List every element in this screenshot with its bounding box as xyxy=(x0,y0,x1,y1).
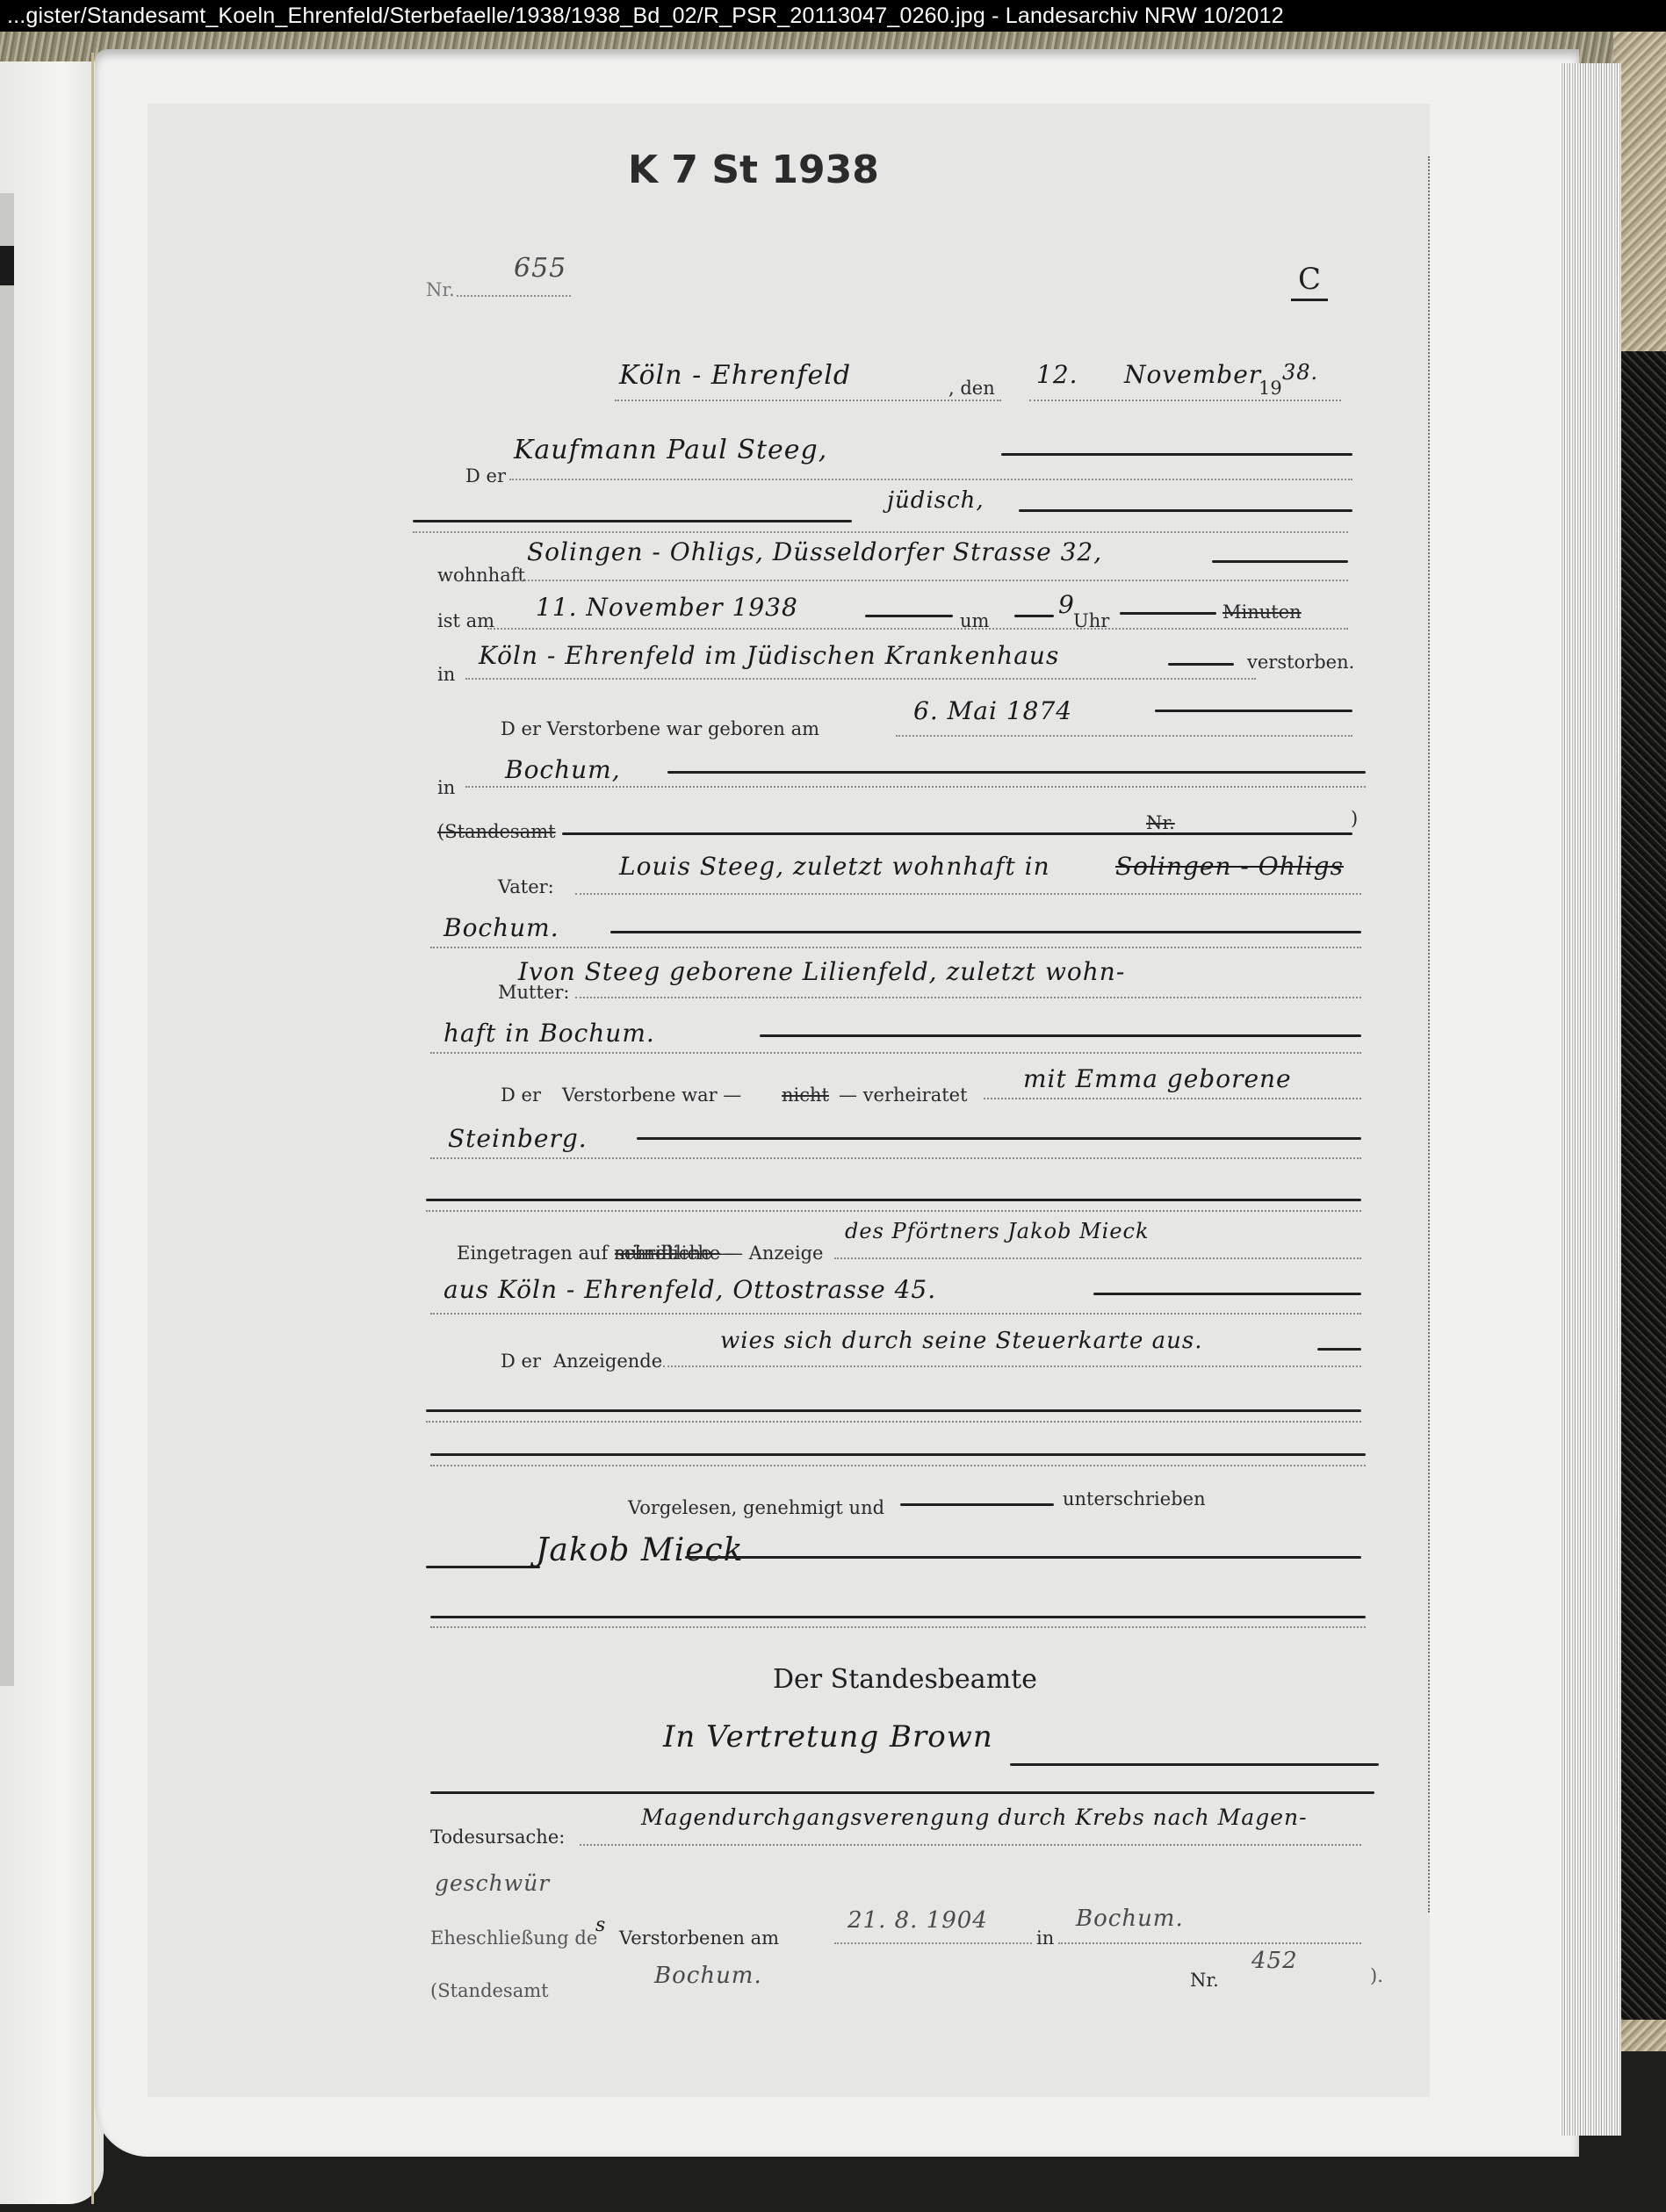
nicht-struck: nicht xyxy=(782,1084,829,1106)
father-label: Vater: xyxy=(498,876,554,897)
mother-residence: haft in Bochum. xyxy=(444,1019,655,1048)
wedding-standesamt-label: (Standesamt xyxy=(430,1980,549,2001)
informant-identification: wies sich durch seine Steuerkarte aus. xyxy=(720,1328,1202,1354)
wedding-in-label: in xyxy=(1036,1927,1054,1949)
number-label: Nr. xyxy=(426,279,455,300)
birth-close-paren: ) xyxy=(1351,808,1358,829)
marriage-label: Verstorbene war — xyxy=(562,1084,741,1106)
registration-label-2: — Anzeige xyxy=(725,1243,823,1264)
informant-address: aus Köln - Ehrenfeld, Ottostrasse 45. xyxy=(444,1275,936,1304)
cause-label: Todesursache: xyxy=(430,1827,565,1848)
deceased-name: Kaufmann Paul Steeg, xyxy=(514,435,827,465)
verstorben-label: verstorben. xyxy=(1247,652,1354,673)
den-label: , den xyxy=(948,378,995,399)
death-date-label: ist am xyxy=(437,610,494,631)
cause-of-death: Magendurchgangsverengung durch Krebs nac… xyxy=(641,1805,1308,1830)
form-type: C xyxy=(1291,262,1328,301)
wedding-label-2: Verstorbenen am xyxy=(619,1927,779,1949)
spouse-maiden-name: Steinberg. xyxy=(448,1124,588,1153)
death-hour: 9 xyxy=(1058,590,1075,619)
father-residence-struck: Solingen - Ohligs xyxy=(1115,852,1344,881)
residence-value: Solingen - Ohligs, Düsseldorfer Strasse … xyxy=(527,537,1102,566)
informant-label: Anzeigende xyxy=(553,1351,662,1372)
certificate-number: 655 xyxy=(514,253,566,284)
um-label: um xyxy=(960,610,989,631)
birth-standesamt-label-struck: (Standesamt xyxy=(437,821,556,842)
deceased-prefix: D er xyxy=(465,465,506,486)
father-residence: Bochum. xyxy=(444,913,559,942)
father-value: Louis Steeg, zuletzt wohnhaft in xyxy=(619,852,1050,881)
registration-year-suffix: 38. xyxy=(1282,360,1318,385)
uhr-label: Uhr xyxy=(1073,610,1109,631)
deceased-religion: jüdisch, xyxy=(887,487,984,514)
informant-prefix: D er xyxy=(501,1351,541,1372)
approval-label-2: unterschrieben xyxy=(1063,1488,1206,1509)
cause-of-death-continued: geschwür xyxy=(435,1870,550,1896)
registrar-title: Der Standesbeamte xyxy=(773,1664,1037,1695)
wedding-place: Bochum. xyxy=(1076,1906,1184,1932)
marriage-prefix: D er xyxy=(501,1084,541,1106)
birth-place: Bochum, xyxy=(505,755,621,784)
mother-value: Ivon Steeg geborene Lilienfeld, zuletzt … xyxy=(518,957,1125,986)
registration-month: November xyxy=(1124,360,1261,389)
minuten-label-struck: Minuten xyxy=(1222,602,1302,623)
wedding-record-number: 452 xyxy=(1251,1948,1298,1974)
approval-label: Vorgelesen, genehmigt und xyxy=(628,1497,884,1518)
residence-label: wohnhaft xyxy=(437,565,525,586)
death-place-label: in xyxy=(437,664,455,685)
wedding-date: 21. 8. 1904 xyxy=(847,1907,988,1934)
death-date: 11. November 1938 xyxy=(536,593,798,622)
registrar-signature: In Vertretung Brown xyxy=(663,1719,993,1754)
wedding-close-paren: ). xyxy=(1370,1965,1383,1986)
year-prefix: 19 xyxy=(1259,378,1282,399)
birth-place-label: in xyxy=(437,777,455,798)
birth-label: D er Verstorbene war geboren am xyxy=(501,718,819,739)
wedding-nr-label: Nr. xyxy=(1190,1970,1219,1991)
spouse-value: mit Emma geborene xyxy=(1023,1064,1292,1093)
registration-place: Köln - Ehrenfeld xyxy=(619,360,851,391)
schriftliche-struck: schriftliche xyxy=(615,1243,720,1264)
informant-signature: Jakob Mieck xyxy=(536,1532,744,1568)
registration-day: 12. xyxy=(1036,360,1078,389)
birth-nr-label-struck: Nr. xyxy=(1146,812,1175,833)
death-certificate-form: K 7 St 1938 Nr. 655 C Köln - Ehrenfeld ,… xyxy=(0,0,1666,2212)
death-place: Köln - Ehrenfeld im Jüdischen Krankenhau… xyxy=(479,641,1059,670)
wedding-label: Eheschließung de xyxy=(430,1927,597,1949)
wedding-standesamt-value: Bochum. xyxy=(654,1963,762,1989)
wedding-article: s xyxy=(595,1914,606,1936)
birth-date: 6. Mai 1874 xyxy=(913,696,1072,725)
archive-stamp: K 7 St 1938 xyxy=(628,148,879,192)
marriage-label-2: — verheiratet xyxy=(839,1084,968,1106)
informant-value: des Pförtners Jakob Mieck xyxy=(845,1219,1150,1243)
